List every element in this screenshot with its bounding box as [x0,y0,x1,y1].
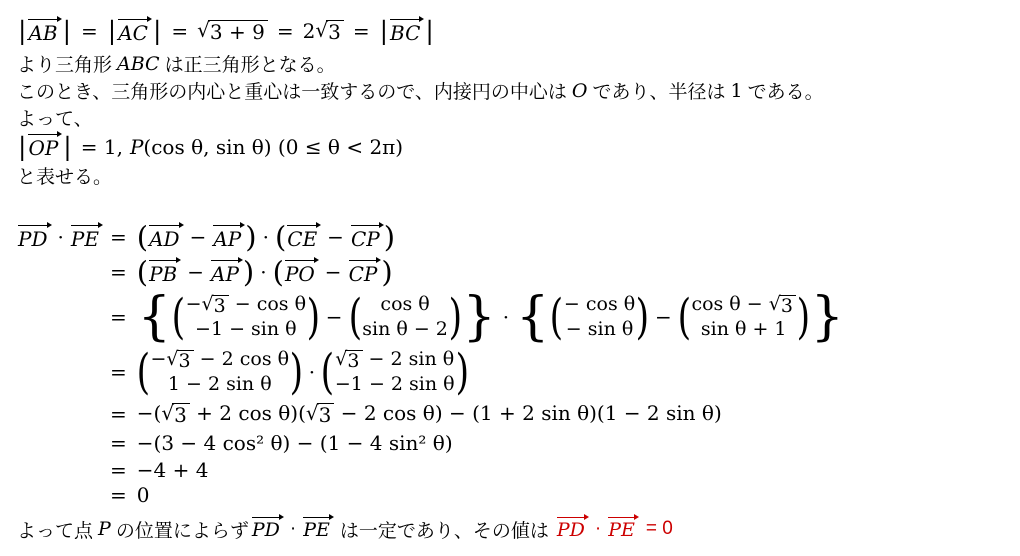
jp-text: よって、 [17,104,93,131]
center-name: O [572,80,588,102]
expression: −(3 − 4 cos² θ) − (1 − 4 sin² θ) [137,431,453,455]
vector-bc: BC [389,18,424,45]
vector-pd: PD [251,516,284,542]
equals-sign: = [110,458,127,482]
equals-sign: = [110,360,127,384]
vector-entries: √3 − 2 sin θ −1 − 2 sin θ [334,347,456,397]
vector-entry-top: cos θ − √3 [691,292,796,317]
column-vector: ( −√3 − cos θ −1 − sin θ ) [172,292,320,342]
expression: −4 + 4 [137,458,209,482]
square-root: √3 [166,350,193,372]
jp-text: である。 [748,77,824,104]
equals-sign: = [81,19,98,43]
square-root: √3 [202,295,229,317]
text-line-therefore: よって、 [17,104,1014,131]
equation-lhs: PD · PE [17,224,110,251]
vector-entry-top: −√3 − cos θ [186,292,306,317]
vector-pe: PE [302,516,334,542]
vector-entries: −√3 − cos θ −1 − sin θ [185,292,307,342]
square-root: √3 + 9 [197,20,268,43]
term: −( [137,401,162,425]
dot-operator: · [263,225,269,249]
equation-line-1: PD · PE = ( AD − AP ) · ( CE − CP ) [17,219,1014,255]
equals-sign: = [110,260,127,284]
vector-entry-bottom: sin θ − 2 [362,317,448,342]
vector-entry-bottom: − sin θ [566,317,634,342]
term: − [151,348,167,370]
equals-sign: = [110,483,127,507]
radicand: 3 [317,403,335,426]
vector-entries: −√3 − 2 cos θ 1 − 2 sin θ [150,347,291,397]
text-line-incenter: このとき、三角形の内心と重心は一致するので、内接円の中心は O であり、半径は … [17,77,1014,104]
vector-entry-top: − cos θ [564,292,635,317]
vector-entries: − cos θ − sin θ [563,292,636,342]
vector-pe: PE [70,224,103,251]
equation-line-8: = 0 [110,482,1014,507]
vector-entry-bottom: 1 − 2 sin θ [168,372,272,397]
coordinates-text: (cos θ, sin θ) (0 ≤ θ < 2π) [143,135,403,159]
minus-operator: − [655,305,672,329]
term: cos θ − [691,293,768,315]
equation-line-2: = ( PB − AP ) · ( PO − CP ) [110,255,1014,289]
text-line-equilateral: より三角形 ABC は正三角形となる。 [17,50,1014,77]
vector-pd-red: PD [556,516,589,542]
document: | AB | = | AC | = √3 + 9 = 2 √3 = | BC |… [0,0,1020,549]
formula-line-op: | OP | = 1, P (cos θ, sin θ) (0 ≤ θ < 2π… [17,131,1014,162]
blank-line [17,189,1014,219]
jp-text: は正三角形となる。 [165,50,336,77]
equals-one: = 1, [81,135,123,159]
vector-entry-bottom: −1 − sin θ [195,317,297,342]
dot-operator: · [595,518,601,540]
vector-ab: AB [27,18,61,45]
minus-operator: − [190,225,207,249]
equation-line-3: = { ( −√3 − cos θ −1 − sin θ ) − ( cos θ… [110,289,1014,345]
vector-entry-top: √3 − 2 sin θ [335,347,454,372]
vector-entries: cos θ sin θ − 2 [361,292,449,342]
term: − 2 cos θ [194,348,289,370]
square-root: √3 [315,20,343,43]
column-vector: ( − cos θ − sin θ ) [550,292,649,342]
expression: −(√3 + 2 cos θ)(√3 − 2 cos θ) − (1 + 2 s… [137,401,722,426]
jp-text: より三角形 [17,50,112,77]
equals-sign: = [110,305,127,329]
square-root: √3 [161,403,189,426]
equals-sign: = [110,225,127,249]
vector-entry-top: cos θ [380,292,429,317]
minus-operator: − [327,225,344,249]
expression: 0 [137,483,150,507]
dot-operator: · [290,518,296,540]
radicand: 3 [177,350,194,372]
vector-ap: AP [210,259,243,286]
square-root: √3 [335,350,362,372]
vector-pb: PB [148,259,181,286]
radicand: 3 [212,295,229,317]
group: ( CE − CP ) [275,224,395,251]
term: − 2 cos θ) − (1 + 2 sin θ)(1 − 2 sin θ) [334,401,721,425]
vector-ad: AD [148,224,183,251]
vector-po: PO [284,259,319,286]
term: + 2 cos θ)( [190,401,306,425]
coefficient: 2 [303,19,316,43]
group: ( PB − AP ) [137,259,254,286]
equals-sign: = [171,19,188,43]
jp-text: よって点 [17,516,93,543]
term: − 2 sin θ [363,348,455,370]
radius-value: 1 [730,80,742,102]
column-vector: ( cos θ sin θ − 2 ) [349,292,462,342]
point-p: P [130,135,143,159]
dot-operator: · [260,260,266,284]
equals-zero: = 0 [646,518,673,540]
vector-ac: AC [117,18,152,45]
equals-sign: = [353,19,370,43]
square-root: √3 [306,403,334,426]
vector-entries: cos θ − √3 sin θ + 1 [690,292,797,342]
jp-text: であり、半径は [592,77,725,104]
column-vector: ( √3 − 2 sin θ −1 − 2 sin θ ) [321,347,468,397]
highlighted-result: PD · PE = 0 [556,516,673,542]
group: ( AD − AP ) [137,224,257,251]
vector-entry-top: −√3 − 2 cos θ [151,347,290,372]
minus-operator: − [326,305,343,329]
radicand: 3 + 9 [208,20,268,43]
column-vector: ( −√3 − 2 cos θ 1 − 2 sin θ ) [137,347,303,397]
vector-pe-red: PE [607,516,639,542]
jp-text: は一定であり、その値は [340,516,549,543]
vector-cp: CP [348,259,382,286]
column-vector: ( cos θ − √3 sin θ + 1 ) [678,292,810,342]
vector-cp: CP [350,224,384,251]
square-root: √3 [769,295,796,317]
vector-ce: CE [286,224,321,251]
jp-text: の位置によらず [116,516,249,543]
term: − cos θ [229,293,306,315]
group: ( PO − CP ) [273,259,393,286]
minus-operator: − [325,260,342,284]
formula-line-ab-ac-bc: | AB | = | AC | = √3 + 9 = 2 √3 = | BC | [17,12,1014,50]
conclusion-line: よって点 P の位置によらず PD · PE は一定であり、その値は PD · … [17,509,1014,549]
text-line-expressed: と表せる。 [17,162,1014,189]
equals-sign: = [110,402,127,426]
vector-pd: PD [17,224,52,251]
radicand: 3 [326,20,344,43]
term: − [186,293,202,315]
equation-line-5: = −(√3 + 2 cos θ)(√3 − 2 cos θ) − (1 + 2… [110,399,1014,428]
equals-sign: = [277,19,294,43]
radicand: 3 [779,295,796,317]
dot-operator: · [58,225,64,249]
dot-operator: · [309,360,315,384]
vector-ap: AP [212,224,245,251]
vector-entry-bottom: sin θ + 1 [701,317,787,342]
point-p: P [98,518,111,540]
equation-line-7: = −4 + 4 [110,457,1014,482]
equation-line-6: = −(3 − 4 cos² θ) − (1 − 4 sin² θ) [110,428,1014,457]
radicand: 3 [172,403,190,426]
minus-operator: − [187,260,204,284]
radicand: 3 [345,350,362,372]
equation-line-4: = ( −√3 − 2 cos θ 1 − 2 sin θ ) · ( √3 −… [110,345,1014,399]
jp-text: と表せる。 [17,162,112,189]
vector-entry-bottom: −1 − 2 sin θ [335,372,455,397]
triangle-name: ABC [117,53,160,75]
jp-text: このとき、三角形の内心と重心は一致するので、内接円の中心は [17,77,567,104]
equals-sign: = [110,431,127,455]
vector-op: OP [27,133,62,160]
dot-operator: · [503,305,509,329]
